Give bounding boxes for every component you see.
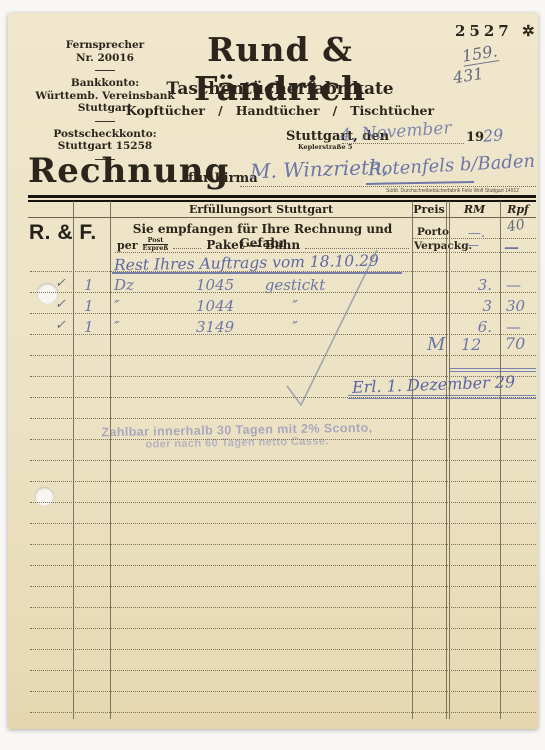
packing-label: Verpackg. — [414, 240, 472, 252]
table-dotted-row-line — [30, 313, 536, 314]
table-dotted-row-line — [30, 502, 536, 503]
divider — [95, 70, 115, 71]
for-company-label: für Firma — [188, 171, 258, 186]
table-dotted-row-line — [30, 628, 536, 629]
divider — [95, 121, 115, 122]
punch-hole — [37, 283, 58, 304]
table-dotted-row-line — [30, 691, 536, 692]
column-header-rm: RM — [449, 203, 500, 216]
document-number: 2527 ✲ — [455, 22, 539, 40]
table-dotted-row-line — [30, 355, 536, 356]
table-dotted-row-line — [30, 439, 536, 440]
table-dotted-row-line — [30, 271, 536, 272]
table-dotted-row-line — [30, 418, 536, 419]
packing-rm-value: — — [466, 238, 479, 253]
fill-dots — [173, 248, 201, 249]
row-checkmark: ✓ — [55, 297, 75, 312]
table-dotted-row-line — [30, 670, 536, 671]
handwritten-year: 29 — [482, 125, 504, 146]
table-dotted-row-line — [30, 586, 536, 587]
brand-initials: R. & F. — [29, 221, 97, 245]
company-products: Kopftücher / Handtücher / Tischtücher — [110, 103, 450, 118]
row-checkmark: ✓ — [55, 318, 75, 333]
express-option: Expreß — [143, 245, 169, 252]
year-printed: 19 — [466, 130, 484, 145]
table-top-rule — [28, 195, 536, 202]
table-dotted-row-line — [30, 523, 536, 524]
fill-dots — [305, 248, 409, 249]
table-dotted-row-line — [30, 481, 536, 482]
column-header-rpf: Rpf — [500, 203, 536, 216]
total-double-rule — [449, 368, 536, 372]
total-rpf-value: 70 — [505, 334, 525, 353]
table-dotted-row-line — [30, 607, 536, 608]
table-dotted-row-line — [30, 376, 536, 377]
postal-account-label: Postscheckkonto: — [30, 128, 180, 141]
table-dotted-row-line — [30, 397, 536, 398]
punch-hole — [35, 487, 54, 506]
table-dotted-row-line — [115, 252, 410, 253]
total-rm-value: 12 — [461, 335, 481, 354]
payment-terms-stamp: Zahlbar innerhalb 30 Tagen mit 2% Sconto… — [98, 421, 376, 452]
handwritten-underline — [112, 272, 402, 274]
table-dotted-row-line — [30, 544, 536, 545]
column-header-fulfillment: Erfüllungsort Stuttgart — [110, 203, 412, 216]
porto-rpf-value: 40 — [506, 217, 526, 236]
table-dotted-row-line — [30, 649, 536, 650]
asterisk-mark-icon: ✲ — [522, 22, 539, 40]
paket-bahn-label: Paket — Bahn — [206, 238, 300, 252]
table-header-rule — [28, 217, 536, 218]
porto-label: Porto — [417, 226, 449, 238]
printer-mark: Südd. Durchschreibebücherfabrik Felix Wo… — [386, 188, 519, 194]
column-header-price: Preis — [412, 203, 446, 216]
customer-fill-line — [240, 186, 536, 187]
packing-rpf-value: — — [504, 238, 519, 256]
table-dotted-row-line — [30, 712, 536, 713]
table-dotted-row-line — [30, 334, 536, 335]
post-express-fraction: Post Expreß — [143, 237, 169, 252]
table-dotted-row-line — [30, 565, 536, 566]
row-checkmark: ✓ — [55, 276, 75, 291]
per-label: per — [117, 239, 138, 252]
shipping-method-line: per Post Expreß Paket — Bahn — [117, 237, 409, 252]
table-dotted-row-line — [30, 460, 536, 461]
table-dotted-row-line — [30, 292, 536, 293]
total-currency: M — [427, 334, 445, 355]
company-subtitle: Taschentücherfabrikate — [125, 79, 435, 99]
